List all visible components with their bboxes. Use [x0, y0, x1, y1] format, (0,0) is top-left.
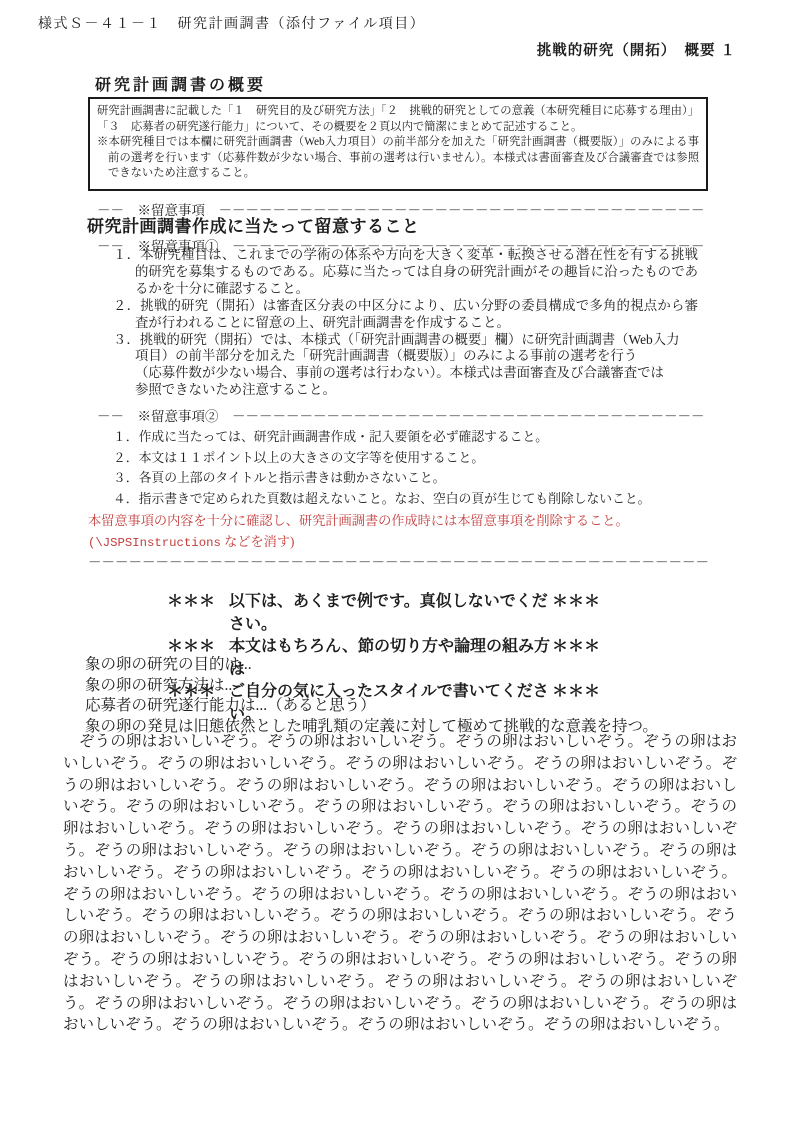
document-page: 様式Ｓ－４１－１ 研究計画調書（添付ファイル項目） 挑戦的研究（開拓） 概要 １…: [0, 0, 794, 1123]
note-item: ３．挑戦的研究（開拓）では、本様式（「研究計画調書の概要」欄）に研究計画調書（W…: [113, 332, 698, 400]
example-line-text: 以下は、あくまで例です。真似しないでください。: [229, 591, 552, 636]
example-header-line: ＊＊＊ 以下は、あくまで例です。真似しないでください。 ＊＊＊: [167, 591, 600, 636]
example-paragraph: 象の卵の研究の目的は...: [63, 655, 737, 676]
notes-list-2: １．作成に当たっては、研究計画調書作成・記入要領を必ず確認すること。 ２．本文は…: [113, 427, 713, 509]
example-paragraph: 象の卵の研究方法は...: [63, 676, 737, 697]
overview-instructions-box: 研究計画調書に記載した「１ 研究目的及び研究方法」「２ 挑戦的研究としての意義（…: [88, 97, 708, 191]
page-header-label: 挑戦的研究（開拓） 概要 １: [537, 39, 736, 60]
note-item: １．作成に当たっては、研究計画調書作成・記入要領を必ず確認すること。: [113, 427, 713, 448]
asterisks-left: ＊＊＊: [167, 591, 215, 636]
overview-box-paragraph-2: ※本研究種目では本欄に研究計画調書（Web入力項目）の前半部分を加えた「研究計画…: [97, 135, 699, 182]
example-paragraph: 応募者の研究遂行能力は...（あると思う）: [63, 696, 737, 717]
asterisks-right: ＊＊＊: [552, 591, 600, 636]
notes-marker-2: －－ ※留意事項② －－－－－－－－－－－－－－－－－－－－－－－－－－－－－－…: [97, 405, 705, 425]
overview-box-paragraph-1: 研究計画調書に記載した「１ 研究目的及び研究方法」「２ 挑戦的研究としての意義（…: [97, 104, 699, 135]
dashed-separator: －－－－－－－－－－－－－－－－－－－－－－－－－－－－－－－－－－－－－－－－…: [88, 551, 709, 571]
red-code-note-rest: などを消す): [221, 534, 295, 549]
overview-heading: 研究計画調書の概要: [95, 72, 266, 95]
example-intro-block: 象の卵の研究の目的は... 象の卵の研究方法は... 応募者の研究遂行能力は..…: [63, 655, 737, 737]
note-item: ３．各頁の上部のタイトルと指示書きは動かさないこと。: [113, 468, 713, 489]
red-code-note: (\JSPSInstructions などを消す): [88, 531, 294, 550]
latex-command-token: (\JSPSInstructions: [88, 536, 221, 550]
note-item: ２．本文は１１ポイント以上の大きさの文字等を使用すること。: [113, 448, 713, 469]
red-warning-text: 本留意事項の内容を十分に確認し、研究計画調書の作成時には本留意事項を削除すること…: [88, 510, 629, 529]
note-item: ４．指示書きで定められた頁数は超えないこと。なお、空白の頁が生じても削除しないこ…: [113, 489, 713, 510]
body-text-paragraph: ぞうの卵はおいしいぞう。ぞうの卵はおいしいぞう。ぞうの卵はおいしいぞう。ぞうの卵…: [63, 731, 737, 1036]
form-number-label: 様式Ｓ－４１－１ 研究計画調書（添付ファイル項目）: [38, 13, 425, 33]
note-item: １．本研究種目は、これまでの学術の体系や方向を大きく変革・転換させる潜在性を有す…: [113, 247, 698, 298]
note-item: ２．挑戦的研究（開拓）は審査区分表の中区分により、広い分野の委員構成で多角的視点…: [113, 298, 698, 332]
notes-title: 研究計画調書作成に当たって留意すること: [87, 212, 420, 237]
notes-list-1: １．本研究種目は、これまでの学術の体系や方向を大きく変革・転換させる潜在性を有す…: [113, 247, 698, 399]
